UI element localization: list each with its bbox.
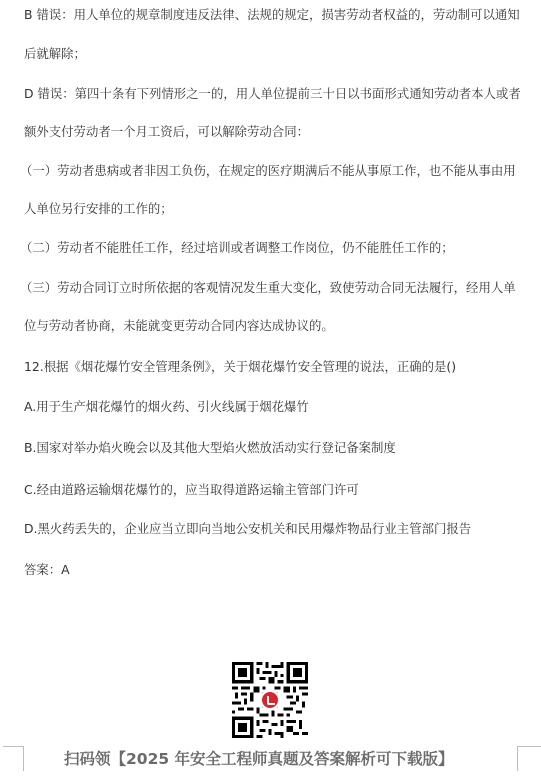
text-line-clause-2: （二）劳动者不能胜任工作，经过培训或者调整工作岗位，仍不能胜任工作的； (20, 240, 454, 256)
qr-code-icon[interactable] (232, 662, 308, 738)
text-line-clause-3: （三）劳动合同订立时所依据的客观情况发生重大变化，致使劳动合同无法履行，经用人单 (20, 280, 516, 296)
option-a: A.用于生产烟花爆竹的烟火药、引火线属于烟花爆竹 (24, 399, 309, 415)
answer: 答案：A (24, 562, 70, 578)
option-d: D.黑火药丢失的，企业应当立即向当地公安机关和民用爆炸物品行业主管部门报告 (24, 521, 471, 537)
text-line-d-wrong-cont: 额外支付劳动者一个月工资后，可以解除劳动合同： (24, 124, 309, 140)
text-line-clause-1: （一）劳动者患病或者非因工负伤，在规定的医疗期满后不能从事原工作，也不能从事由用 (20, 163, 516, 179)
app-logo-icon (260, 690, 280, 710)
text-line-clause-1-cont: 人单位另行安排的工作的； (24, 201, 173, 217)
text-line-d-wrong: D 错误：第四十条有下列情形之一的，用人单位提前三十日以书面形式通知劳动者本人或… (24, 86, 521, 102)
text-line-clause-3-cont: 位与劳动者协商，未能就变更劳动合同内容达成协议的。 (24, 318, 334, 334)
corner-mark-left (3, 746, 24, 771)
text-line-b-wrong-cont: 后就解除； (24, 46, 86, 62)
option-b: B.国家对举办焰火晚会以及其他大型焰火燃放活动实行登记备案制度 (24, 440, 396, 456)
footer-title: 扫码领【2025 年安全工程师真题及答案解析可下载版】 (64, 749, 454, 769)
footer-banner: 扫码领【2025 年安全工程师真题及答案解析可下载版】 (0, 746, 541, 776)
option-c: C.经由道路运输烟花爆竹的，应当取得道路运输主管部门许可 (24, 482, 359, 498)
corner-mark-right (517, 746, 541, 771)
text-line-b-wrong: B 错误：用人单位的规章制度违反法律、法规的规定，损害劳动者权益的，劳动制可以通… (24, 7, 520, 23)
question-12: 12.根据《烟花爆竹安全管理条例》，关于烟花爆竹安全管理的说法，正确的是() (24, 359, 456, 375)
